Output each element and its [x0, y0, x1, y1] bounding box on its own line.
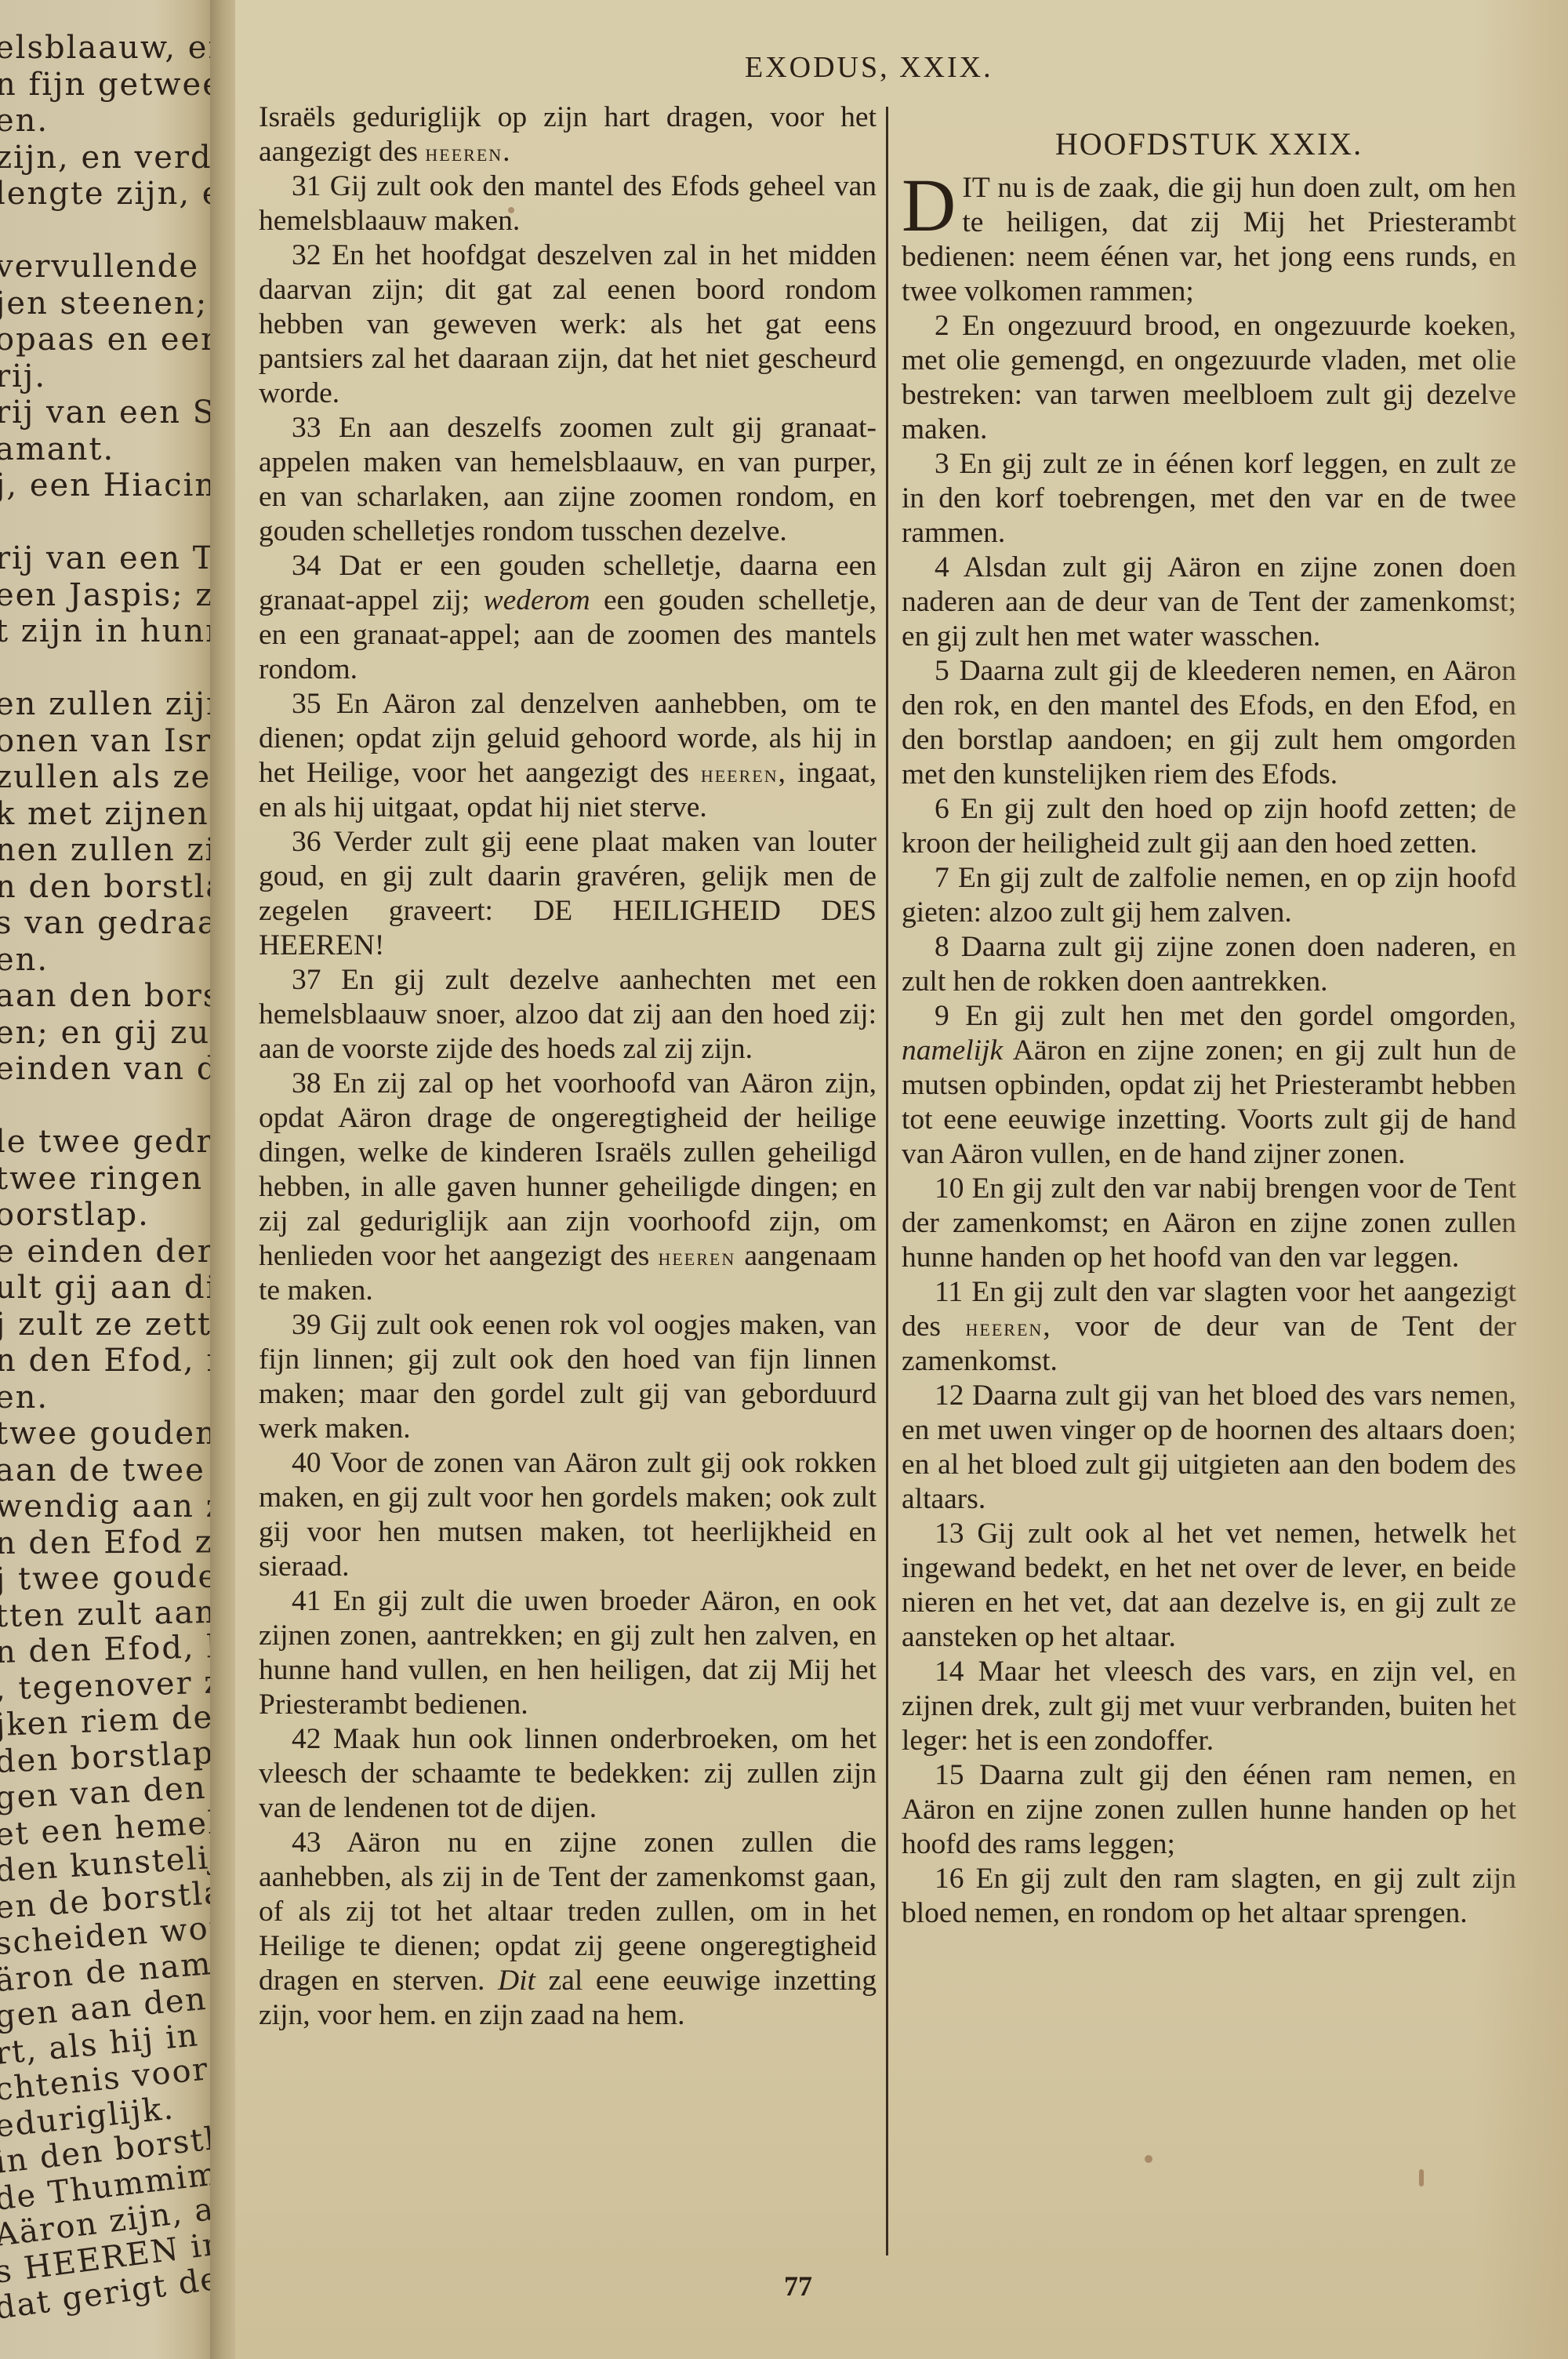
verse: 32 En het hoofdgat deszelven zal in het … — [259, 238, 877, 411]
facing-page-line: en. — [0, 942, 49, 978]
facing-page-line: opaas en een Kar — [0, 322, 220, 358]
text-run: 37 En gij zult dezelve aanhechten met ee… — [259, 964, 877, 1065]
paper-stain — [508, 207, 514, 213]
facing-page-line: rij van een Turk — [0, 540, 220, 576]
small-caps-lord: heeren — [425, 138, 503, 166]
facing-page-line: aan den borstlap — [0, 978, 220, 1014]
text-run: 32 En het hoofdgat deszelven zal in het … — [259, 239, 877, 409]
verse: 16 En gij zult den ram slagten, en gij z… — [902, 1862, 1516, 1931]
text-run: 15 Daarna zult gij den éénen ram nemen, … — [902, 1759, 1516, 1860]
column-divider-rule — [886, 107, 888, 2255]
facing-page-line: einden van den b — [0, 1051, 220, 1087]
facing-page-line: een Jaspis; zij — [0, 577, 220, 613]
verse: 43 Aäron nu en zijne zonen zullen die aa… — [259, 1826, 877, 2033]
verse: 37 En gij zult dezelve aanhechten met ee… — [259, 963, 877, 1067]
text-run: 3 En gij zult ze in éénen korf leggen, e… — [902, 448, 1516, 549]
facing-page-line: en; en gij zult de — [0, 1015, 220, 1051]
verse: 41 En gij zult die uwen broeder Aäron, e… — [259, 1584, 877, 1722]
verse: 8 Daarna zult gij zijne zonen doen nader… — [902, 930, 1516, 999]
facing-page-line: e einden der twee — [0, 1234, 220, 1270]
facing-page-line: ult gij aan die — [0, 1270, 220, 1306]
facing-page-line: n den Efod, bene — [0, 1627, 220, 1670]
verse: 11 En gij zult den var slagten voor het … — [902, 1275, 1516, 1379]
text-run: 2 En ongezuurd brood, en ongezuurde koek… — [902, 310, 1516, 445]
small-caps-lord: heeren — [701, 759, 779, 787]
italic-text: namelijk — [902, 1034, 1003, 1067]
text-run: 10 En gij zult den var nabij brengen voo… — [902, 1172, 1516, 1274]
facing-page-line: rij van een Smar — [0, 394, 220, 431]
verse: 14 Maar het vleesch des vars, en zijn ve… — [902, 1655, 1516, 1758]
facing-page-line: twee ringen doen, — [0, 1161, 220, 1197]
verse: 38 En zij zal op het voorhoofd van Aäron… — [259, 1067, 877, 1308]
facing-page-line: zijn, en verdubb — [0, 140, 220, 176]
text-run: 14 Maar het vleesch des vars, en zijn ve… — [902, 1656, 1516, 1757]
facing-page-line: rij. — [0, 358, 46, 394]
facing-page-line: le twee gedraaide — [0, 1124, 220, 1160]
text-run: 31 Gij zult ook den mantel des Efods geh… — [259, 170, 877, 237]
paper-stain — [1419, 2169, 1424, 2186]
facing-page-line: j twee gouden ri — [0, 1558, 220, 1598]
small-caps-lord: heeren — [966, 1313, 1044, 1341]
text-run: 7 En gij zult de zalfolie nemen, en op z… — [902, 862, 1516, 929]
verse: 13 Gij zult ook al het vet nemen, hetwel… — [902, 1517, 1516, 1655]
text-run: 36 Verder zult gij eene plaat maken van … — [259, 826, 877, 961]
verse: 40 Voor de zonen van Aäron zult gij ook … — [259, 1446, 877, 1584]
facing-page-line: n den borstlap ge — [0, 869, 220, 905]
small-caps-lord: heeren — [658, 1242, 735, 1270]
text-run: 9 En gij zult hen met den gordel omgorde… — [935, 1000, 1516, 1032]
facing-page-line: jen steenen; een — [0, 285, 220, 322]
drop-cap: D — [902, 174, 956, 237]
text-run: 16 En gij zult den ram slagten, en gij z… — [902, 1863, 1516, 1929]
text-run: 33 En aan deszelfs zoomen zult gij grana… — [259, 412, 877, 547]
verse: 31 Gij zult ook den mantel des Efods geh… — [259, 169, 877, 238]
verse-continuation: Israëls geduriglijk op zijn hart dragen,… — [259, 100, 877, 169]
text-run: 40 Voor de zonen van Aäron zult gij ook … — [259, 1447, 877, 1583]
facing-page-line: t zijn in hunne — [0, 613, 220, 649]
verse: 39 Gij zult ook eenen rok vol oogjes mak… — [259, 1308, 877, 1446]
verse: 3 En gij zult ze in éénen korf leggen, e… — [902, 447, 1516, 551]
facing-page-line: elsblaauw, en pur — [0, 30, 220, 66]
facing-page-line: twee gouden ri — [0, 1416, 220, 1452]
text-run: 13 Gij zult ook al het vet nemen, hetwel… — [902, 1518, 1516, 1653]
chapter-title: HOOFDSTUK XXIX. — [902, 125, 1516, 163]
text-column-left: Israëls geduriglijk op zijn hart dragen,… — [259, 100, 877, 2033]
verse: 34 Dat er een gouden schelletje, daarna … — [259, 549, 877, 687]
facing-page-line: tten zult aan de — [0, 1593, 220, 1634]
facing-page-line: n fijn getweernd — [0, 67, 220, 103]
text-column-right: HOOFDSTUK XXIX. D IT nu is de zaak, die … — [902, 125, 1516, 1931]
book-page: EXODUS, XXIX. Israëls geduriglijk op zij… — [235, 0, 1568, 2359]
text-run: Israëls geduriglijk op zijn hart dragen,… — [259, 101, 877, 168]
text-run: 5 Daarna zult gij de kleederen nemen, en… — [902, 655, 1516, 791]
italic-text: Dit — [498, 1965, 535, 1997]
verse: 36 Verder zult gij eene plaat maken van … — [259, 825, 877, 963]
page-number: 77 — [784, 2270, 812, 2303]
verse: 10 En gij zult den var nabij brengen voo… — [902, 1172, 1516, 1275]
facing-page-left: elsblaauw, en purn fijn getweernden.zijn… — [0, 0, 220, 2359]
facing-page-line: j, een Hiacint, Ag — [0, 467, 220, 503]
text-run: 4 Alsdan zult gij Aäron en zijne zonen d… — [902, 551, 1516, 652]
verse: 9 En gij zult hen met den gordel omgorde… — [902, 999, 1516, 1172]
verse: 2 En ongezuurd brood, en ongezuurde koek… — [902, 309, 1516, 447]
text-run: 6 En gij zult den hoed op zijn hoofd zet… — [902, 793, 1516, 860]
facing-page-line: n den Efod, regt — [0, 1343, 220, 1379]
facing-page-line: s van gedraaid — [0, 905, 220, 941]
facing-page-line: wendig aan zijnen — [0, 1488, 220, 1525]
text-run: . — [503, 136, 510, 168]
verse: 6 En gij zult den hoed op zijn hoofd zet… — [902, 792, 1516, 861]
verse: 35 En Aäron zal denzelven aanhebben, om … — [259, 687, 877, 825]
facing-page-line: onen van Israël, — [0, 723, 220, 759]
facing-page-line: aan de twee einden — [0, 1452, 220, 1488]
italic-text: wederom — [484, 584, 590, 616]
verse: 12 Daarna zult gij van het bloed des var… — [902, 1379, 1516, 1517]
facing-page-line: vervullende stee — [0, 249, 220, 285]
text-run: 42 Maak hun ook linnen onderbroeken, om … — [259, 1723, 877, 1824]
verse: 7 En gij zult de zalfolie nemen, en op z… — [902, 861, 1516, 930]
facing-page-line: n den Efod zijn za — [0, 1523, 220, 1561]
facing-page-line: oorstlap. — [0, 1197, 150, 1233]
facing-page-line: nen zullen zij zijn — [0, 832, 220, 868]
verse: 42 Maak hun ook linnen onderbroeken, om … — [259, 1722, 877, 1826]
facing-page-line: lengte zijn, en — [0, 176, 220, 212]
verse: 33 En aan deszelfs zoomen zult gij grana… — [259, 411, 877, 549]
facing-page-line: k met zijnen na — [0, 796, 220, 832]
facing-page-line: j zult ze zetten aa — [0, 1307, 220, 1343]
facing-page-line: amant. — [0, 431, 114, 467]
text-run: 12 Daarna zult gij van het bloed des var… — [902, 1379, 1516, 1515]
verse: 5 Daarna zult gij de kleederen nemen, en… — [902, 654, 1516, 792]
running-head: EXODUS, XXIX. — [745, 50, 1294, 85]
verse-list: 2 En ongezuurd brood, en ongezuurde koek… — [902, 309, 1516, 1931]
verse: 4 Alsdan zult gij Aäron en zijne zonen d… — [902, 551, 1516, 654]
facing-page-line: en. — [0, 103, 49, 139]
verse: 15 Daarna zult gij den éénen ram nemen, … — [902, 1758, 1516, 1862]
facing-page-line: en. — [0, 1379, 49, 1416]
paper-stain — [1145, 2155, 1152, 2163]
facing-page-line: zullen als zegelen — [0, 759, 220, 795]
text-run: 8 Daarna zult gij zijne zonen doen nader… — [902, 931, 1516, 998]
facing-page-line: en zullen zijn me — [0, 686, 220, 722]
chapter-opening-paragraph: D IT nu is de zaak, die gij hun doen zul… — [902, 171, 1516, 309]
text-run: 39 Gij zult ook eenen rok vol oogjes mak… — [259, 1309, 877, 1445]
text-run: 41 En gij zult die uwen broeder Aäron, e… — [259, 1585, 877, 1721]
opening-text: IT nu is de zaak, die gij hun doen zult,… — [902, 172, 1516, 307]
